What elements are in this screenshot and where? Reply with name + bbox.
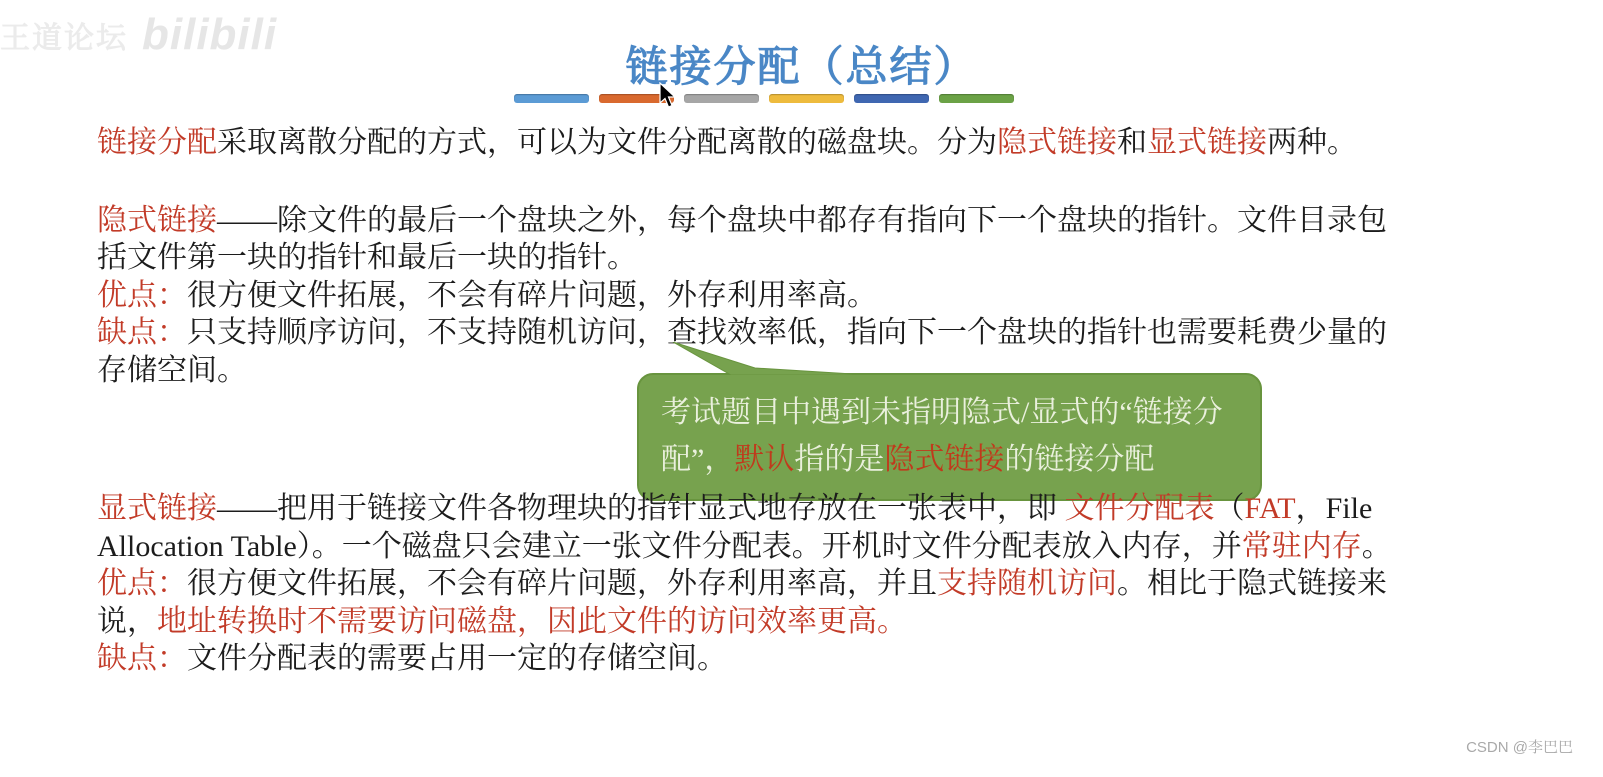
text-run: FAT — [1245, 492, 1296, 525]
text-run: 优点： — [97, 279, 187, 312]
divider-bars — [514, 94, 1014, 103]
mouse-cursor-icon — [658, 82, 678, 110]
text-run: 文件分配表 — [1065, 492, 1215, 525]
paragraph-explicit-pros: 优点：很方便文件拓展，不会有碎片问题，外存利用率高，并且支持随机访问。相比于隐式… — [97, 565, 1397, 640]
text-run: 隐式链接 — [97, 204, 217, 237]
text-run: 很方便文件拓展，不会有碎片问题，外存利用率高。 — [187, 279, 877, 312]
text-run: 隐式链接 — [884, 443, 1004, 476]
callout-text: 考试题目中遇到未指明隐式/显式的“链接分配”，默认指的是隐式链接的链接分配 — [637, 373, 1262, 501]
text-run: 指的是 — [794, 443, 884, 476]
divider-bar — [514, 94, 589, 103]
paragraph-intro: 链接分配采取离散分配的方式，可以为文件分配离散的磁盘块。分为隐式链接和显式链接两… — [97, 124, 1397, 162]
paragraph-implicit-link: 隐式链接——除文件的最后一个盘块之外，每个盘块中都存有指向下一个盘块的指针。文件… — [97, 202, 1397, 277]
callout-tail-shape — [659, 342, 869, 375]
text-run: 支持随机访问 — [937, 567, 1117, 600]
text-run: 缺点： — [97, 316, 187, 349]
csdn-watermark: CSDN @李巴巴 — [1466, 736, 1573, 757]
text-run: 常驻内存 — [1242, 530, 1362, 563]
lower-text-block: 显式链接——把用于链接文件各物理块的指针显式地存放在一张表中，即 文件分配表（F… — [97, 490, 1397, 678]
text-run: 地址转换时不需要访问磁盘，因此文件的访问效率更高。 — [157, 605, 907, 638]
exam-note-callout: 考试题目中遇到未指明隐式/显式的“链接分配”，默认指的是隐式链接的链接分配 — [637, 373, 1262, 501]
text-run: 显式链接 — [97, 492, 217, 525]
text-run: 显式链接 — [1147, 126, 1267, 159]
paragraph-explicit-cons: 缺点：文件分配表的需要占用一定的存储空间。 — [97, 640, 1397, 678]
divider-bar — [769, 94, 844, 103]
page-title: 链接分配（总结） — [0, 34, 1603, 94]
text-run: 。 — [1362, 530, 1392, 563]
text-run: 两种。 — [1267, 126, 1357, 159]
text-run: 缺点： — [97, 642, 187, 675]
text-run: 隐式链接 — [997, 126, 1117, 159]
text-run: （ — [1215, 492, 1245, 525]
text-run: 优点： — [97, 567, 187, 600]
divider-bar — [684, 94, 759, 103]
text-run: ——除文件的最后一个盘块之外，每个盘块中都存有指向下一个盘块的指针。文件目录包括… — [97, 204, 1387, 275]
text-run: 链接分配 — [97, 126, 217, 159]
divider-bar — [854, 94, 929, 103]
text-run: 和 — [1117, 126, 1147, 159]
text-run: 采取离散分配的方式，可以为文件分配离散的磁盘块。分为 — [217, 126, 997, 159]
text-run: 文件分配表的需要占用一定的存储空间。 — [187, 642, 727, 675]
text-run: ——把用于链接文件各物理块的指针显式地存放在一张表中，即 — [217, 492, 1065, 525]
text-run: 默认 — [734, 443, 794, 476]
paragraph-implicit-pros: 优点：很方便文件拓展，不会有碎片问题，外存利用率高。 — [97, 277, 1397, 315]
paragraph-explicit-link: 显式链接——把用于链接文件各物理块的指针显式地存放在一张表中，即 文件分配表（F… — [97, 490, 1397, 565]
text-run: 的链接分配 — [1004, 443, 1154, 476]
slide-canvas: 王道论坛 bilibili 链接分配（总结） 链接分配采取离散分配的方式，可以为… — [0, 0, 1603, 777]
divider-bar — [939, 94, 1014, 103]
text-run: 很方便文件拓展，不会有碎片问题，外存利用率高，并且 — [187, 567, 937, 600]
